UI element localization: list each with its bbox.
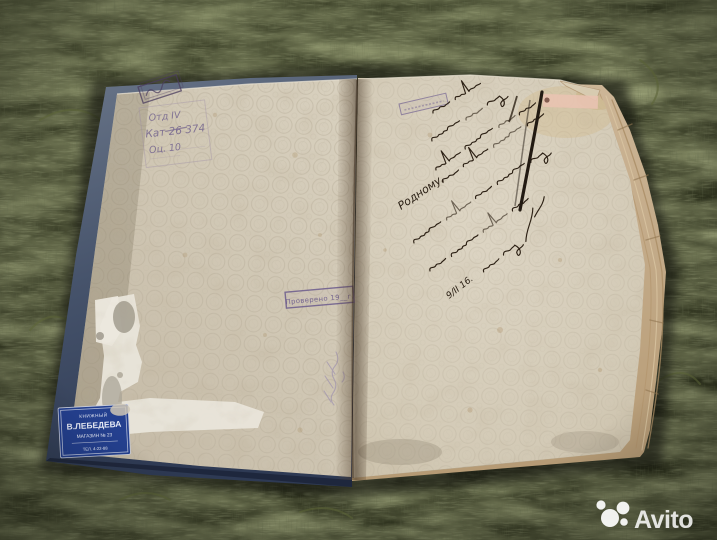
- photo-of-open-antique-book: Родному, 9/II 16.: [0, 0, 717, 540]
- vignette-overlay: [0, 0, 717, 540]
- avito-watermark-text: Avito: [634, 506, 693, 534]
